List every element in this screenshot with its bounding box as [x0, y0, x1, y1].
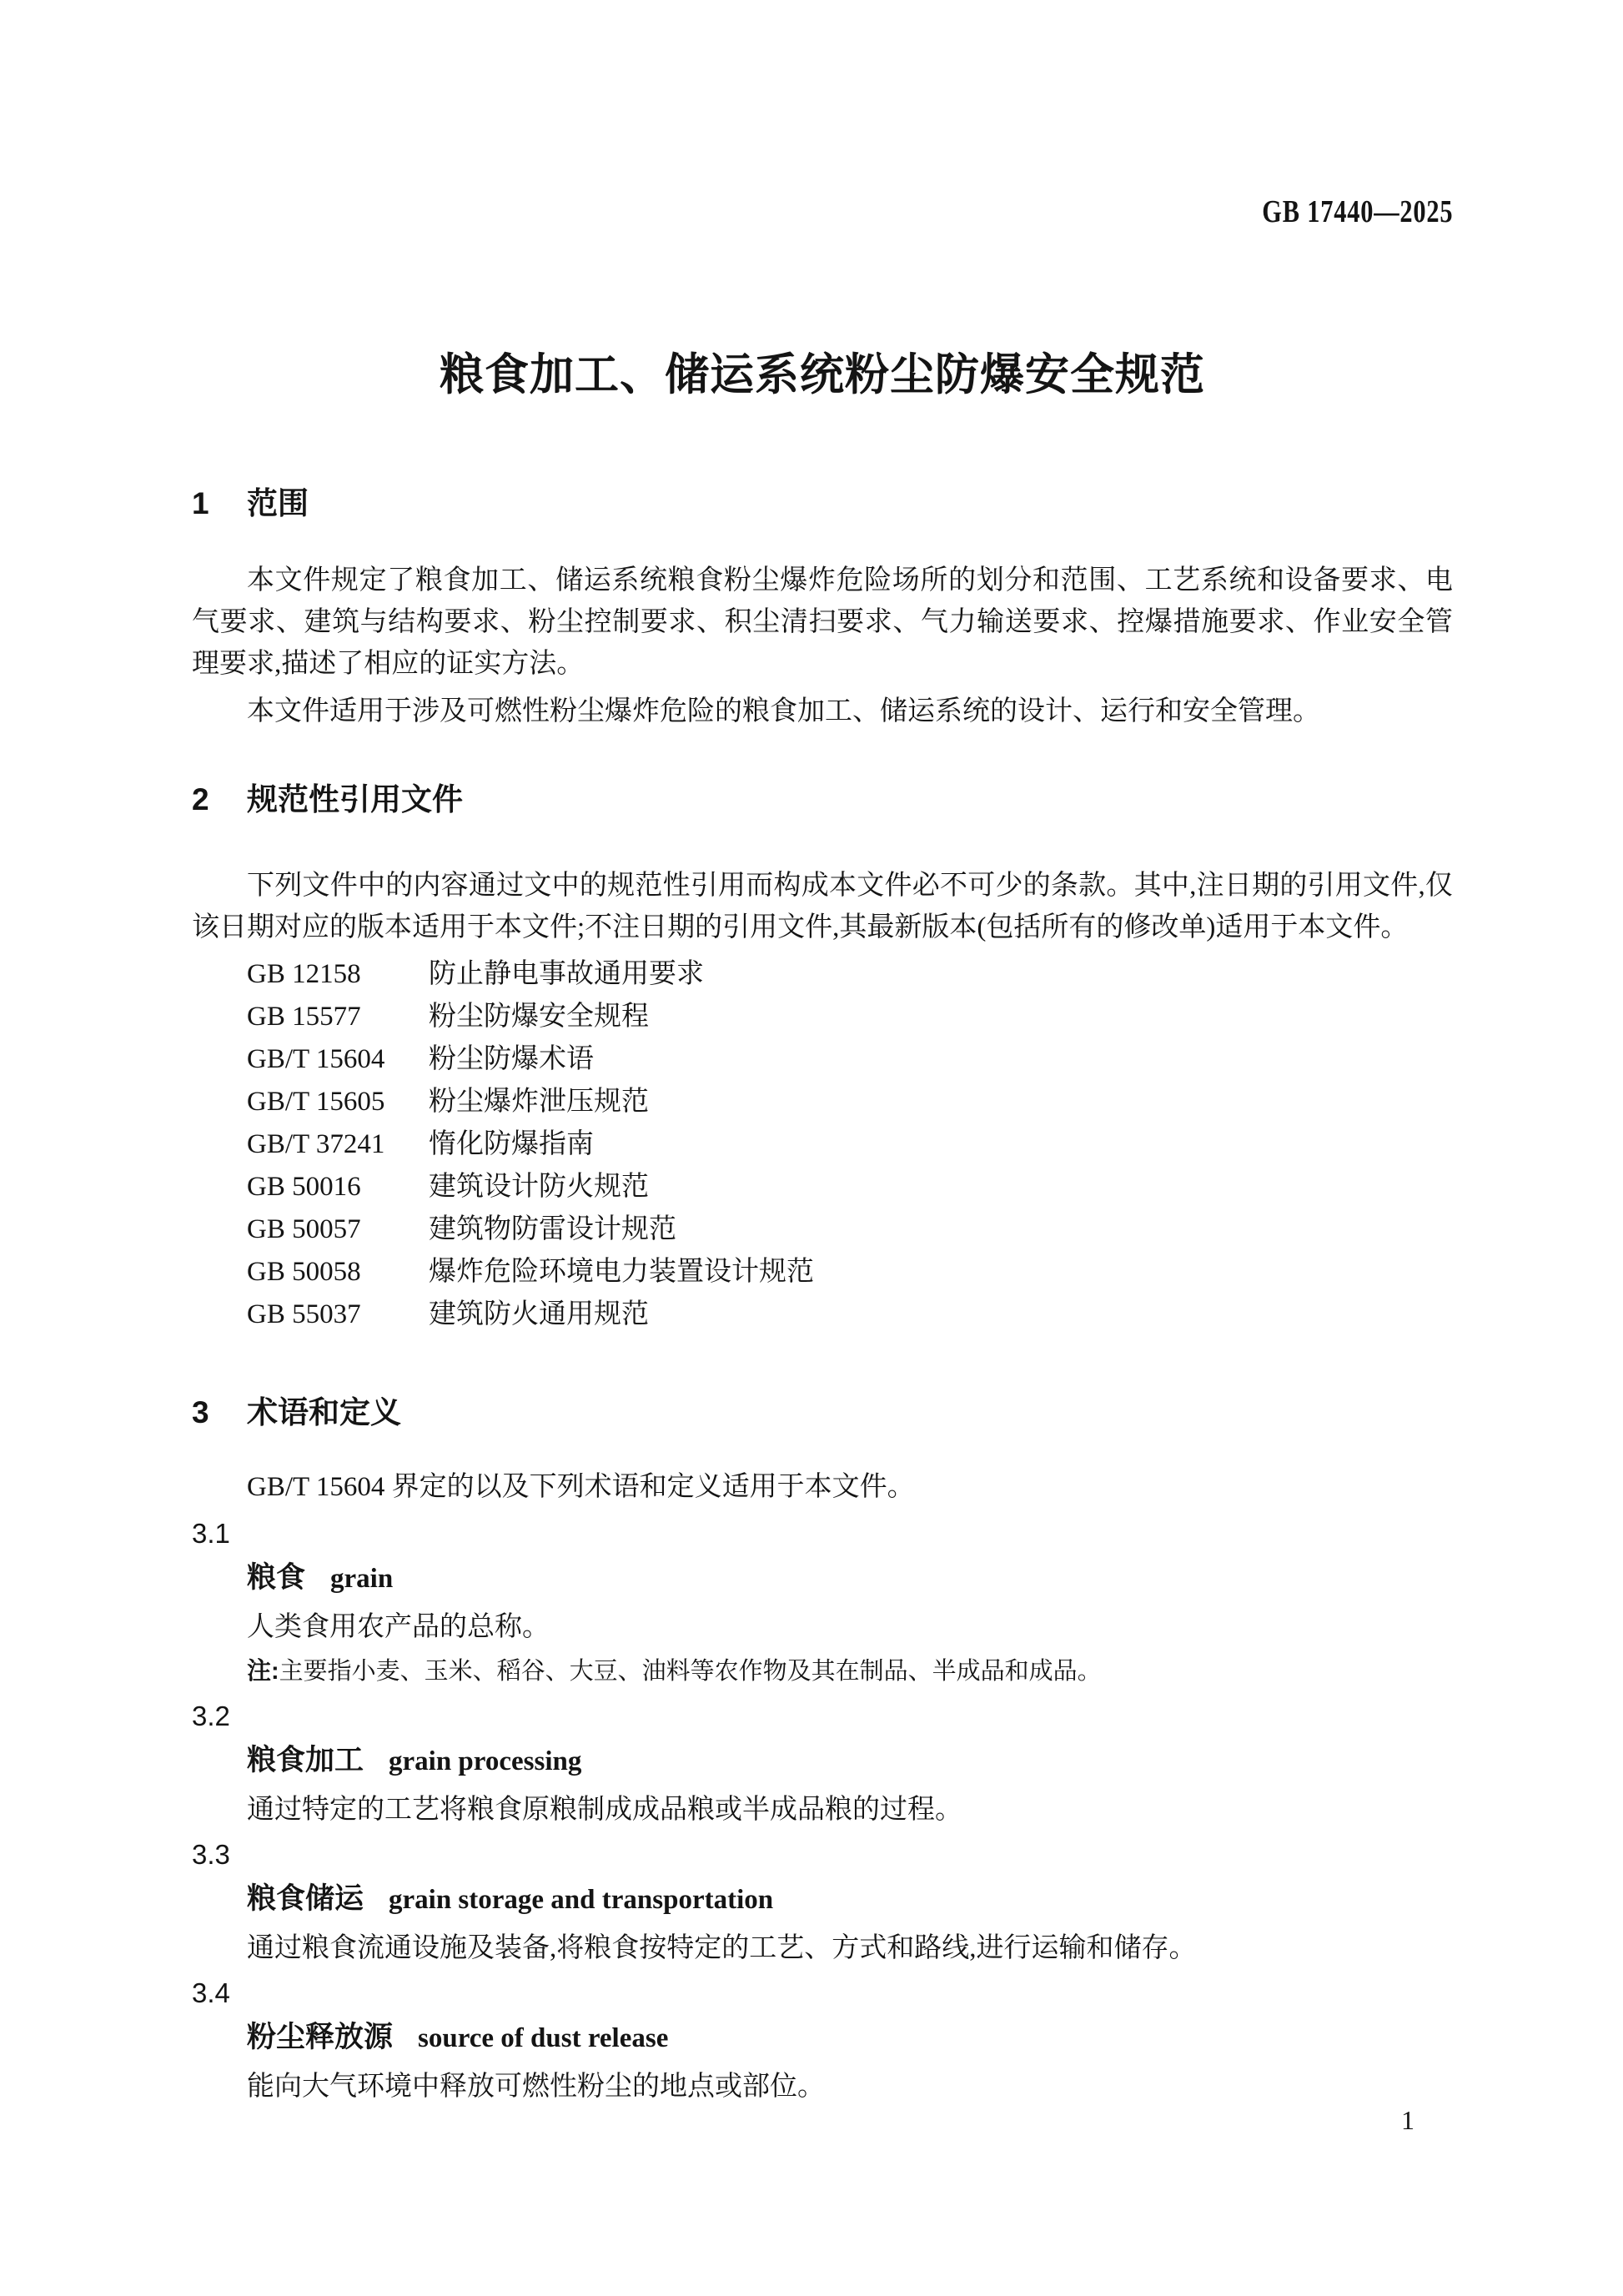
- section-title: 规范性引用文件: [247, 783, 463, 816]
- doc-title: 粮食加工、储运系统粉尘防爆安全规范: [192, 351, 1453, 399]
- reference-title: 粉尘防爆术语: [429, 1044, 594, 1074]
- terms-intro: GB/T 15604 界定的以及下列术语和定义适用于本文件。: [192, 1466, 1453, 1508]
- reference-code: GB 50058: [247, 1251, 429, 1294]
- note-text: 主要指小麦、玉米、稻谷、大豆、油料等农作物及其在制品、半成品和成品。: [279, 1658, 1102, 1685]
- reference-list: GB 12158防止静电事故通用要求 GB 15577粉尘防爆安全规程 GB/T…: [192, 953, 1453, 1336]
- reference-item: GB 55037建筑防火通用规范: [192, 1294, 1453, 1336]
- term-clause-3-1: 3.1 粮食grain 人类食用农产品的总称。 注:主要指小麦、玉米、稻谷、大豆…: [192, 1511, 1453, 1694]
- reference-item: GB 50058爆炸危险环境电力装置设计规范: [192, 1251, 1453, 1294]
- term-chinese: 粮食加工: [247, 1744, 364, 1776]
- term-heading: 粮食加工grain processing: [192, 1738, 1453, 1788]
- reference-code: GB/T 37241: [247, 1123, 429, 1166]
- term-clause-3-2: 3.2 粮食加工grain processing 通过特定的工艺将粮食原粮制成成…: [192, 1694, 1453, 1832]
- term-heading: 粮食grain: [192, 1555, 1453, 1605]
- reference-title: 防止静电事故通用要求: [429, 959, 704, 989]
- scope-paragraph-1: 本文件规定了粮食加工、储运系统粮食粉尘爆炸危险场所的划分和范围、工艺系统和设备要…: [192, 560, 1453, 685]
- term-definition: 人类食用农产品的总称。: [192, 1605, 1453, 1650]
- section-title: 范围: [247, 487, 309, 520]
- section-3-heading: 3 术语和定义: [192, 1396, 1453, 1429]
- reference-item: GB/T 15605粉尘爆炸泄压规范: [192, 1081, 1453, 1123]
- section-number: 1: [192, 487, 247, 520]
- term-definition: 通过粮食流通设施及装备,将粮食按特定的工艺、方式和路线,进行运输和储存。: [192, 1927, 1453, 1971]
- clause-number: 3.3: [192, 1832, 1453, 1876]
- section-number: 2: [192, 783, 247, 816]
- reference-code: GB 50016: [247, 1166, 429, 1208]
- clause-number: 3.1: [192, 1511, 1453, 1555]
- term-definition: 通过特定的工艺将粮食原粮制成成品粮或半成品粮的过程。: [192, 1788, 1453, 1832]
- standard-code: GB 17440—2025: [1262, 193, 1453, 230]
- section-number: 3: [192, 1396, 247, 1429]
- reference-item: GB 50016建筑设计防火规范: [192, 1166, 1453, 1208]
- term-clause-3-3: 3.3 粮食储运grain storage and transportation…: [192, 1832, 1453, 1971]
- reference-item: GB 50057建筑物防雷设计规范: [192, 1208, 1453, 1251]
- reference-code: GB 15577: [247, 996, 429, 1038]
- reference-code: GB/T 15605: [247, 1081, 429, 1123]
- clause-number: 3.4: [192, 1971, 1453, 2015]
- section-1-heading: 1 范围: [192, 487, 1453, 520]
- reference-item: GB 12158防止静电事故通用要求: [192, 953, 1453, 996]
- reference-item: GB 15577粉尘防爆安全规程: [192, 996, 1453, 1038]
- page-number: 1: [1401, 2105, 1414, 2135]
- clause-number: 3.2: [192, 1694, 1453, 1738]
- reference-title: 爆炸危险环境电力装置设计规范: [429, 1257, 814, 1287]
- term-english: grain processing: [389, 1746, 581, 1776]
- reference-title: 粉尘爆炸泄压规范: [429, 1087, 649, 1117]
- term-english: source of dust release: [418, 2023, 668, 2053]
- term-chinese: 粉尘释放源: [247, 2021, 393, 2053]
- term-definition: 能向大气环境中释放可燃性粉尘的地点或部位。: [192, 2065, 1453, 2109]
- reference-item: GB/T 15604粉尘防爆术语: [192, 1038, 1453, 1081]
- note-label: 注:: [247, 1658, 279, 1685]
- reference-code: GB/T 15604: [247, 1038, 429, 1081]
- scope-paragraph-2: 本文件适用于涉及可燃性粉尘爆炸危险的粮食加工、储运系统的设计、运行和安全管理。: [192, 691, 1453, 732]
- reference-item: GB/T 37241惰化防爆指南: [192, 1123, 1453, 1166]
- term-heading: 粮食储运grain storage and transportation: [192, 1876, 1453, 1927]
- term-english: grain: [330, 1564, 393, 1594]
- reference-code: GB 55037: [247, 1294, 429, 1336]
- reference-title: 建筑设计防火规范: [429, 1172, 649, 1202]
- term-chinese: 粮食储运: [247, 1882, 364, 1915]
- reference-title: 粉尘防爆安全规程: [429, 1002, 649, 1032]
- term-clause-3-4: 3.4 粉尘释放源source of dust release 能向大气环境中释…: [192, 1971, 1453, 2109]
- doc-header: GB 17440—2025: [192, 193, 1453, 237]
- section-title: 术语和定义: [247, 1396, 401, 1429]
- reference-title: 惰化防爆指南: [429, 1129, 594, 1159]
- document-page: GB 17440—2025 粮食加工、储运系统粉尘防爆安全规范 1 范围 本文件…: [0, 0, 1623, 2296]
- reference-title: 建筑防火通用规范: [429, 1299, 649, 1329]
- reference-code: GB 50057: [247, 1208, 429, 1251]
- section-2-heading: 2 规范性引用文件: [192, 783, 1453, 816]
- reference-code: GB 12158: [247, 953, 429, 996]
- reference-title: 建筑物防雷设计规范: [429, 1214, 676, 1244]
- term-chinese: 粮食: [247, 1561, 305, 1594]
- term-english: grain storage and transportation: [389, 1885, 773, 1915]
- term-heading: 粉尘释放源source of dust release: [192, 2015, 1453, 2065]
- normative-references-intro: 下列文件中的内容通过文中的规范性引用而构成本文件必不可少的条款。其中,注日期的引…: [192, 865, 1453, 948]
- term-note: 注:主要指小麦、玉米、稻谷、大豆、油料等农作物及其在制品、半成品和成品。: [192, 1650, 1453, 1694]
